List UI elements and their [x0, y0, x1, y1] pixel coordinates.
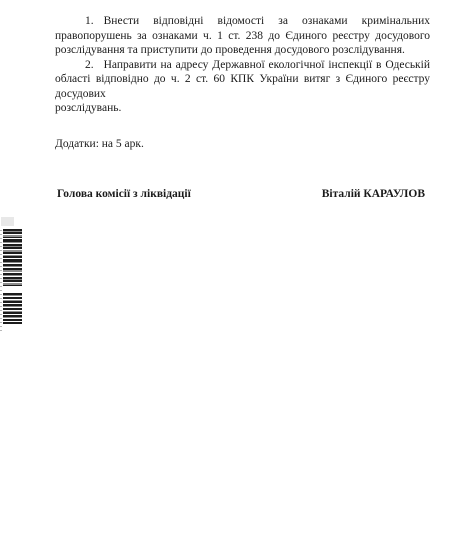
- paragraph-line: області відповідно до ч. 2 ст. 60 КПК Ук…: [55, 72, 430, 101]
- paragraph-line: 1.Внести відповідні відомості за ознакам…: [55, 14, 430, 29]
- barcode-caption-marks: [1, 217, 14, 226]
- paragraph-text: Внести відповідні відомості за ознаками …: [104, 15, 430, 27]
- signatory-name: Віталій КАРАУЛОВ: [322, 187, 425, 202]
- paragraph-line: 2.Направити на адресу Державної екологіч…: [55, 58, 430, 73]
- paragraph-line: правопорушень за ознаками ч. 1 ст. 238 д…: [55, 29, 430, 44]
- attachments-note: Додатки: на 5 арк.: [55, 137, 430, 152]
- list-number: 2.: [85, 59, 94, 71]
- signature-row: Голова комісії з ліквідації Віталій КАРА…: [55, 187, 430, 202]
- paragraph-text: Направити на адресу Державної екологічно…: [104, 59, 430, 71]
- barcode-bars-block-1: [3, 229, 22, 286]
- paragraph-2: 2.Направити на адресу Державної екологіч…: [55, 58, 430, 116]
- paragraph-line: розслідувань.: [55, 101, 430, 116]
- barcode: [0, 217, 23, 324]
- barcode-side-marks: [0, 230, 2, 334]
- paragraph-1: 1.Внести відповідні відомості за ознакам…: [55, 14, 430, 58]
- paragraph-line: розслідування та приступити до проведенн…: [55, 43, 430, 58]
- barcode-bars-block-2: [3, 293, 22, 324]
- signatory-title: Голова комісії з ліквідації: [57, 187, 191, 202]
- list-number: 1.: [85, 15, 94, 27]
- document-page: 1.Внести відповідні відомості за ознакам…: [0, 0, 454, 535]
- document-body: 1.Внести відповідні відомості за ознакам…: [55, 14, 430, 202]
